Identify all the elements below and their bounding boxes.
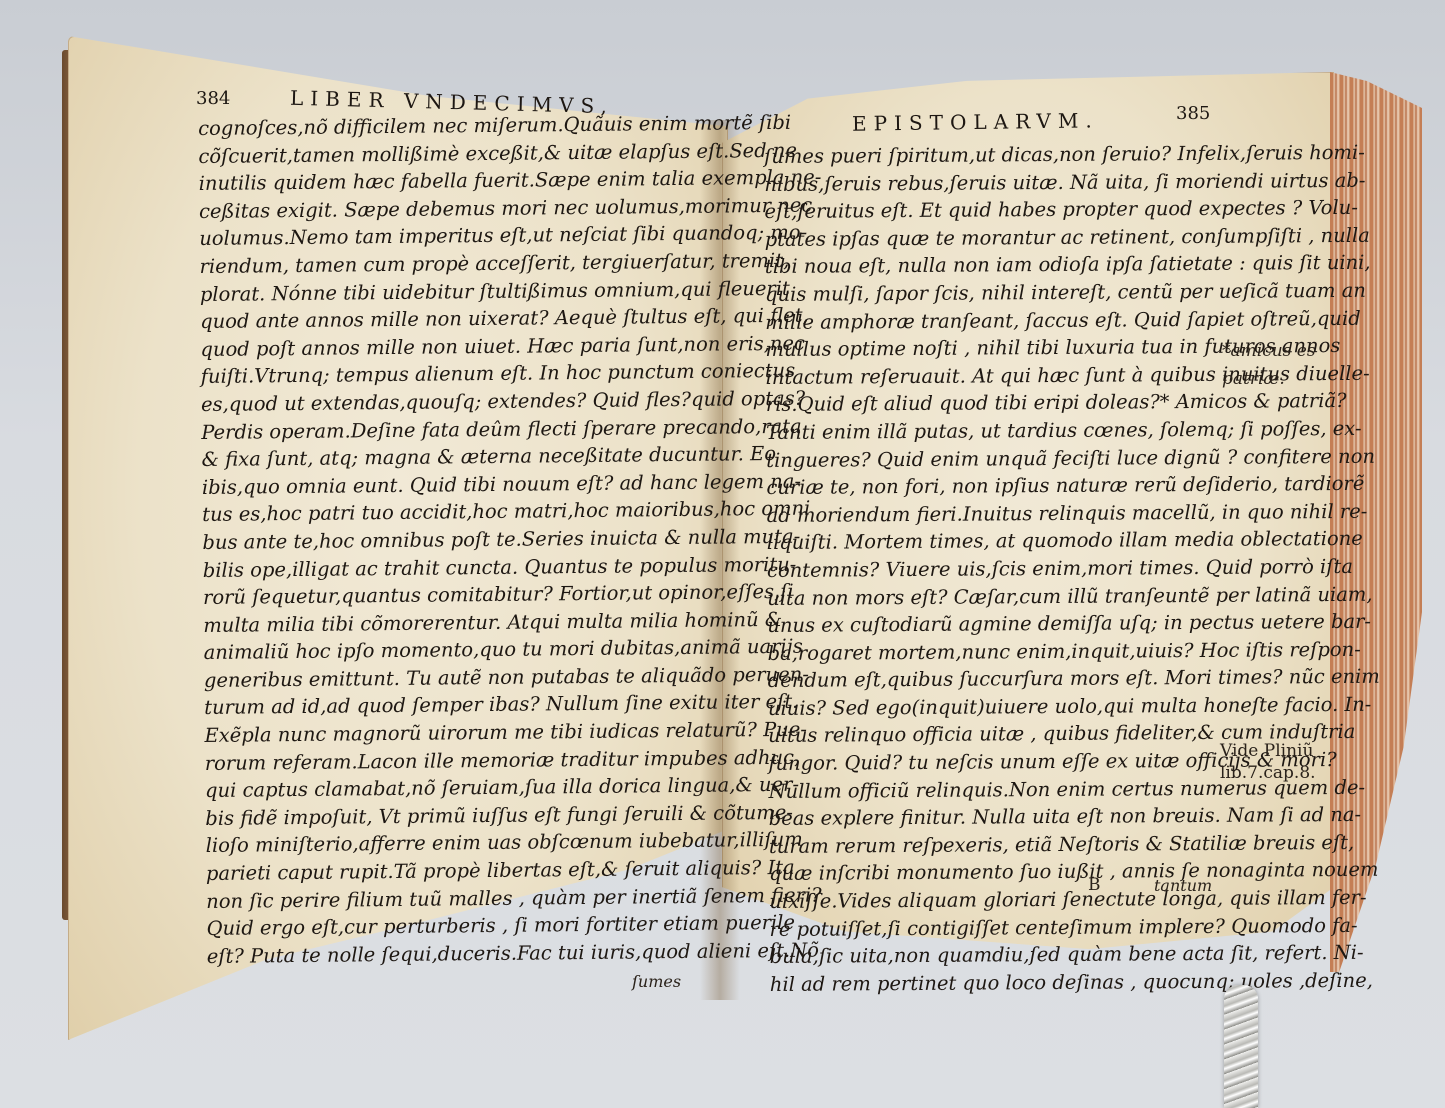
right-folio: 385 xyxy=(1176,103,1210,124)
right-page-text: ſumes pueri ſpiritum,ut dicas,non ſeruio… xyxy=(764,139,1382,999)
right-running-head: EPISTOLARVM. xyxy=(852,108,1099,135)
text-line: ptates ipſas quæ te morantur ac retinent… xyxy=(765,222,1377,254)
text-line: ris.Quid eſt aliud quod tibi eripi dolea… xyxy=(766,387,1378,419)
text-line: liquiſti. Mortem times, at quomodo illam… xyxy=(767,525,1379,557)
text-line: tingueres? Quid enim unquã feciſti luce … xyxy=(766,442,1378,474)
text-line: contemnis? Viuere uis,ſcis enim,mori tim… xyxy=(767,553,1379,585)
text-line: eſt,ſeruitus eſt. Et quid habes propter … xyxy=(764,194,1376,226)
margin-note-line: *amicus es xyxy=(1222,340,1316,362)
text-line: turam rerum reſpexeris, etiã Neſtoris & … xyxy=(769,829,1381,861)
right-catchword: tantum xyxy=(1154,876,1212,895)
text-line: beas explere finitur. Nulla uita eſt non… xyxy=(769,801,1381,833)
margin-note-line: patriæ. xyxy=(1222,362,1316,390)
text-line: nibus,ſeruis rebus,ſeruis uitæ. Nã uita,… xyxy=(764,166,1376,198)
text-line: dendum eſt,quibus ſuccurſura mors eſt. M… xyxy=(768,663,1380,695)
text-line: unus ex cuſtodiarũ agmine demiſſa uſq; i… xyxy=(767,608,1379,640)
left-catchword: ſumes xyxy=(632,972,681,991)
margin-note-line: lib.7.cap.8. xyxy=(1220,762,1316,784)
text-line: re potuiſſet,ſi contigiſſet centeſimum i… xyxy=(769,911,1381,943)
signature-mark: B xyxy=(1088,875,1101,895)
text-line: hil ad rem pertinet quo loco deſinas , q… xyxy=(770,967,1382,999)
text-line: bula,ſic uita,non quamdiu,ſed quàm bene … xyxy=(770,939,1382,971)
text-line: uita non mors eſt? Cæſar,cum illũ tranſe… xyxy=(767,580,1379,612)
text-line: quæ inſcribi monumento ſuo iußit , annis… xyxy=(769,856,1381,888)
left-page-text: cognoſces,nõ difficilem nec miſerum.Quãu… xyxy=(198,108,830,970)
silver-bookmark xyxy=(1224,985,1258,1108)
photo-scene: 384 LIBER VNDECIMVS, EPISTOLARVM. 385 co… xyxy=(0,0,1445,1108)
margin-note-line: Vide Pliniũ xyxy=(1220,740,1316,762)
margin-note-amicus: *amicus es patriæ. xyxy=(1222,340,1316,390)
text-line: tibi noua eſt, nulla non iam odioſa ipſa… xyxy=(765,249,1377,281)
text-line: curiæ te, non fori, non ipſius naturæ re… xyxy=(766,470,1378,502)
text-line: mille amphoræ tranſeant, ſaccus eſt. Qui… xyxy=(765,304,1377,336)
text-line: Tanti enim illã putas, ut tardius cœnes,… xyxy=(766,415,1378,447)
left-folio: 384 xyxy=(196,88,230,109)
text-line: quis mulſi, ſapor ſcis, nihil intereſt, … xyxy=(765,277,1377,309)
text-line: uiuis? Sed ego(inquit)uiuere uolo,qui mu… xyxy=(768,691,1380,723)
text-line: ad moriendum fieri.Inuitus relinquis mac… xyxy=(767,497,1379,529)
text-line: uixiſſe.Vides aliquam gloriari ſenectute… xyxy=(769,884,1381,916)
text-line: ba,rogaret mortem,nunc enim,inquit,uiuis… xyxy=(767,635,1379,667)
margin-note-plinius: Vide Pliniũ lib.7.cap.8. xyxy=(1220,740,1316,784)
text-line: ſumes pueri ſpiritum,ut dicas,non ſeruio… xyxy=(764,139,1376,171)
